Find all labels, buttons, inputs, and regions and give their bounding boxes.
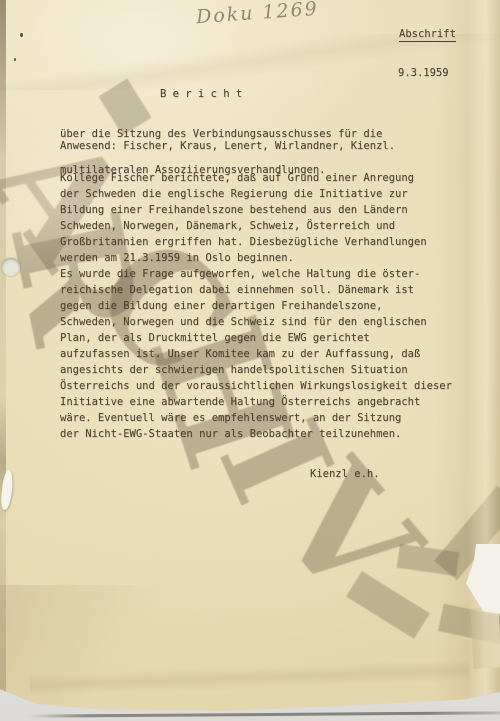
paper-speck [14,58,16,61]
paper-tear-right [466,544,500,614]
text-line: über die Sitzung des Verbindungsausschus… [60,128,382,140]
text-line: wäre. Eventuell wäre es empfehlenswert, … [60,410,452,426]
signature-line: Kienzl e.h. [310,468,380,480]
paragraph-1: Kollege Fischer berichtete, daß auf Grun… [60,170,427,266]
text-line: der Nicht-EWG-Staaten nur als Beobachter… [60,426,452,442]
text-line: Schweden, Norwegen, Dänemark, Schweiz, Ö… [60,218,427,234]
paper-crease [30,655,470,695]
text-line: Österreichs und der voraussichtlichen Wi… [60,378,452,394]
text-line: Es wurde die Frage aufgeworfen, welche H… [60,266,452,282]
text-line: gegen die Bildung einer derartigen Freih… [60,298,452,314]
text-line: aufzufassen ist. Unser Komitee kam zu de… [60,346,452,362]
text-line: Kollege Fischer berichtete, daß auf Grun… [60,170,427,186]
text-line: Plan, der als Druckmittel gegen die EWG … [60,330,452,346]
text-line: reichische Delegation dabei einnehmen so… [60,282,452,298]
paper-sheet: A R C H I V Doku 1269 Abschrift 9.3.1959… [0,0,500,721]
scan-shadow-line [28,711,500,717]
report-title: B e r i c h t [160,88,242,100]
copy-label: Abschrift [399,28,456,42]
handwritten-annotation: Doku 1269 [195,0,319,28]
text-line: angesichts der schwierigen handelspoliti… [60,362,452,378]
attendees-line: Anwesend: Fischer, Kraus, Lenert, Wirlan… [60,140,395,152]
paper-crease [0,585,270,715]
text-line: Bildung einer Freihandelszone bestehend … [60,202,427,218]
paper-tear-left [0,470,14,511]
text-line: Schweden, Norwegen und die Schweiz sind … [60,314,452,330]
text-line: der Schweden die englische Regierung die… [60,186,427,202]
document-date: 9.3.1959 [398,67,449,79]
paper-fold-right [470,607,500,668]
hole-punch [2,258,20,276]
watermark-fragment [397,544,460,576]
paper-speck [20,33,23,37]
paper-crease [0,34,500,90]
text-line: Großbritannien ergriffen hat. Diesbezügl… [60,234,427,250]
scanned-document: A R C H I V Doku 1269 Abschrift 9.3.1959… [0,0,500,721]
text-line: Initiative eine abwartende Haltung Öster… [60,394,452,410]
watermark-fragment [346,571,430,639]
scan-edge-shadow [0,0,6,721]
paragraph-2: Es wurde die Frage aufgeworfen, welche H… [60,266,452,442]
text-line: werden am 21.3.1959 in Oslo beginnen. [60,250,427,266]
